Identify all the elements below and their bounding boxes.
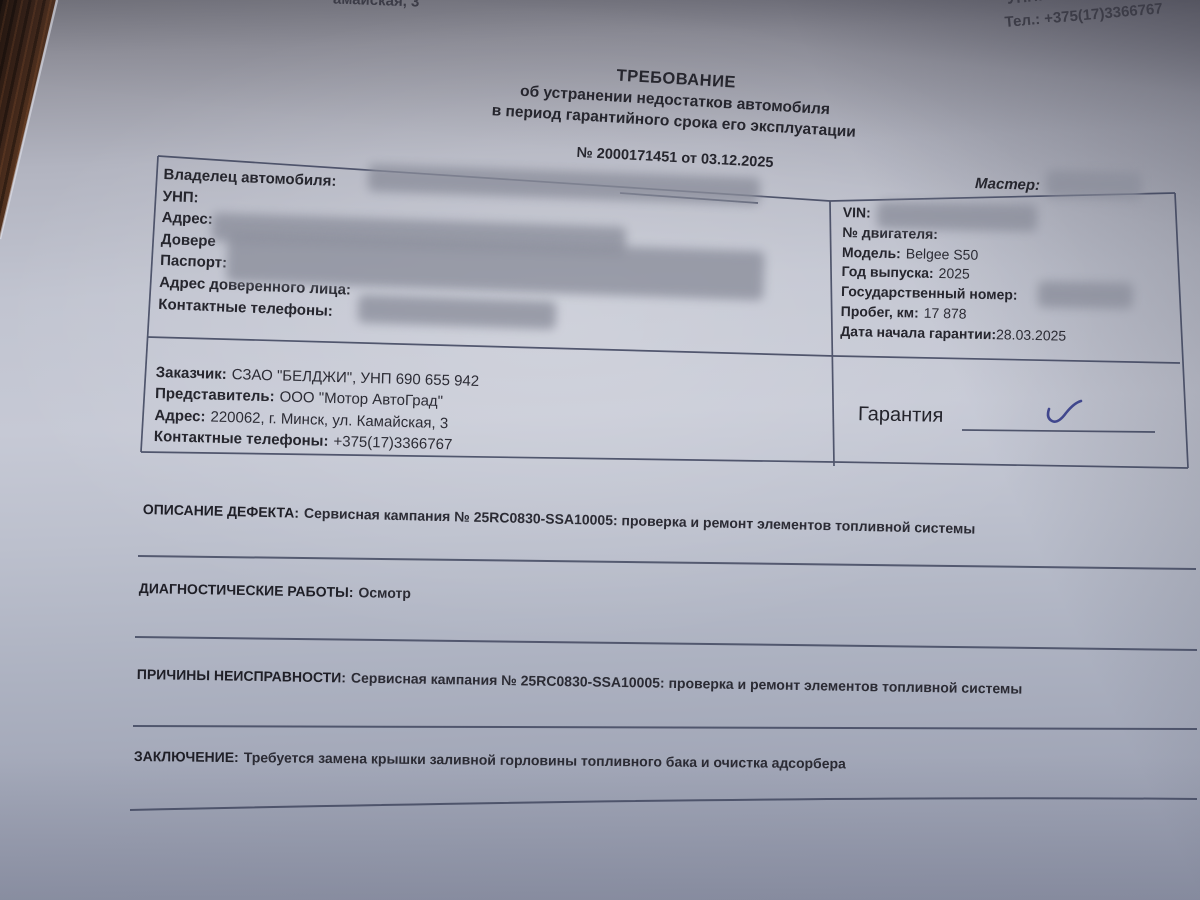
section-value: Сервисная кампания № 25RC0830-SSA10005: …: [351, 670, 1023, 697]
warranty-label: Гарантия: [858, 403, 944, 428]
redaction-vin: [877, 202, 1037, 232]
table-row-divider-left: [147, 337, 834, 356]
table-row-divider-right: [834, 356, 1180, 363]
section-defect-description: ОПИСАНИЕ ДЕФЕКТА:Сервисная кампания № 25…: [143, 501, 976, 537]
section-diagnostic-works: ДИАГНОСТИЧЕСКИЕ РАБОТЫ:Осмотр: [139, 580, 411, 601]
table-center-divider: [830, 201, 834, 466]
section-label: ДИАГНОСТИЧЕСКИЕ РАБОТЫ:: [139, 580, 354, 600]
vehicle-field-value: 2025: [938, 265, 969, 282]
vehicle-field-label: Пробег, км:: [841, 303, 919, 321]
section-rule-2: [135, 637, 1197, 650]
vehicle-field-label: Дата начала гарантии:: [840, 323, 996, 342]
customer-field-label: Представитель:: [155, 385, 275, 405]
warranty-underline: [962, 430, 1155, 432]
section-label: ОПИСАНИЕ ДЕФЕКТА:: [143, 501, 300, 521]
vehicle-field-label: Модель:: [842, 244, 901, 261]
customer-field-value: +375(17)3366767: [333, 433, 452, 453]
redaction-owner-name: [368, 164, 761, 205]
vehicle-field-label: Государственный номер:: [841, 283, 1018, 303]
customer-field-label: Адрес:: [154, 407, 205, 425]
wood-desk-corner: [0, 0, 62, 242]
customer-field-label: Заказчик:: [155, 364, 227, 383]
document-photo: амайская, 3 УНП: 192986060 Тел.: +375(17…: [0, 0, 1200, 900]
redaction-master-name: [1046, 170, 1143, 200]
table-right-border: [1175, 193, 1188, 468]
customer-field-value: ООО "Мотор АвтоГрад": [279, 389, 443, 411]
redaction-plate-number: [1038, 281, 1133, 309]
owner-field-label: Довере: [161, 231, 217, 250]
letterhead-street-fragment: амайская, 3: [333, 0, 420, 11]
section-rule-4: [130, 798, 1197, 810]
table-bottom-border: [141, 452, 1188, 468]
section-value: Требуется замена крышки заливной горлови…: [244, 749, 846, 771]
customer-field-label: Контактные телефоны:: [154, 428, 329, 450]
owner-field-label: Адрес:: [162, 209, 214, 228]
section-value: Осмотр: [358, 584, 411, 601]
vehicle-field-value: 28.03.2025: [996, 326, 1066, 343]
vehicle-field-value: 17 878: [924, 305, 967, 322]
owner-field-label: Контактные телефоны:: [158, 295, 333, 319]
redaction-owner-phone: [358, 295, 557, 330]
master-label: Мастер:: [975, 175, 1041, 194]
section-value: Сервисная кампания № 25RC0830-SSA10005: …: [304, 505, 976, 537]
section-rule-3: [133, 726, 1197, 729]
vehicle-field-value: Belgee S50: [906, 245, 979, 263]
owner-field-label: Паспорт:: [160, 252, 228, 272]
warranty-checkmark: [1048, 401, 1081, 422]
customer-block: Заказчик:СЗАО "БЕЛДЖИ", УНП 690 655 942 …: [154, 362, 480, 457]
section-rule-1: [138, 556, 1196, 569]
document-title: ТРЕБОВАНИЕ об устранении недостатков авт…: [419, 55, 932, 146]
vehicle-field-label: Год выпуска:: [841, 263, 933, 281]
section-label: ЗАКЛЮЧЕНИЕ:: [134, 748, 239, 765]
section-conclusion: ЗАКЛЮЧЕНИЕ:Требуется замена крышки залив…: [134, 748, 846, 771]
owner-field-label: УНП:: [162, 188, 199, 206]
vehicle-field-label: VIN:: [843, 204, 871, 221]
section-label: ПРИЧИНЫ НЕИСПРАВНОСТИ:: [137, 666, 346, 685]
section-failure-causes: ПРИЧИНЫ НЕИСПРАВНОСТИ:Сервисная кампания…: [137, 666, 1023, 697]
